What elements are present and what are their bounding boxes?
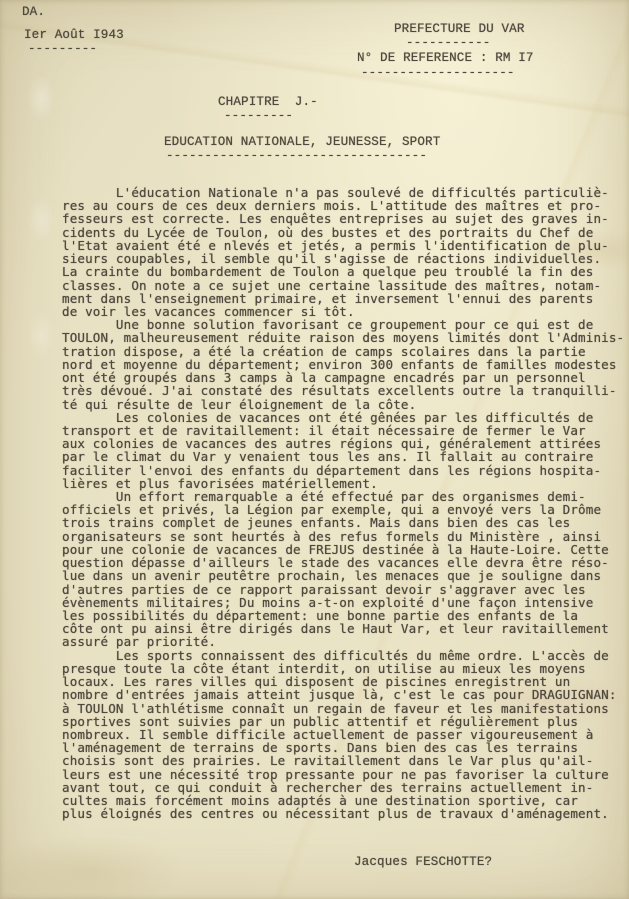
corner-mark: DA. — [22, 6, 45, 19]
chapter-heading: CHAPITRE J.- — [218, 96, 318, 109]
issuing-office: PREFECTURE DU VAR — [394, 23, 525, 36]
report-body-text: L'éducation Nationale n'a pas soulevé de… — [62, 186, 624, 821]
paper-watermark — [18, 60, 64, 380]
office-underline: ----------- — [406, 37, 490, 50]
reference-number: N° DE REFERENCE : RM I7 — [357, 52, 534, 65]
date-underline: --------- — [28, 43, 97, 56]
document-page: DA. Ier Août I943 --------- PREFECTURE D… — [0, 0, 629, 899]
section-title-underline: ---------------------------------- — [166, 150, 427, 163]
section-title: EDUCATION NATIONALE, JEUNESSE, SPORT — [164, 136, 440, 149]
reference-underline: -------------------- — [361, 67, 515, 80]
document-date: Ier Août I943 — [24, 29, 124, 42]
chapter-underline: --------- — [224, 110, 293, 123]
signature: Jacques FESCHOTTE? — [354, 856, 492, 869]
